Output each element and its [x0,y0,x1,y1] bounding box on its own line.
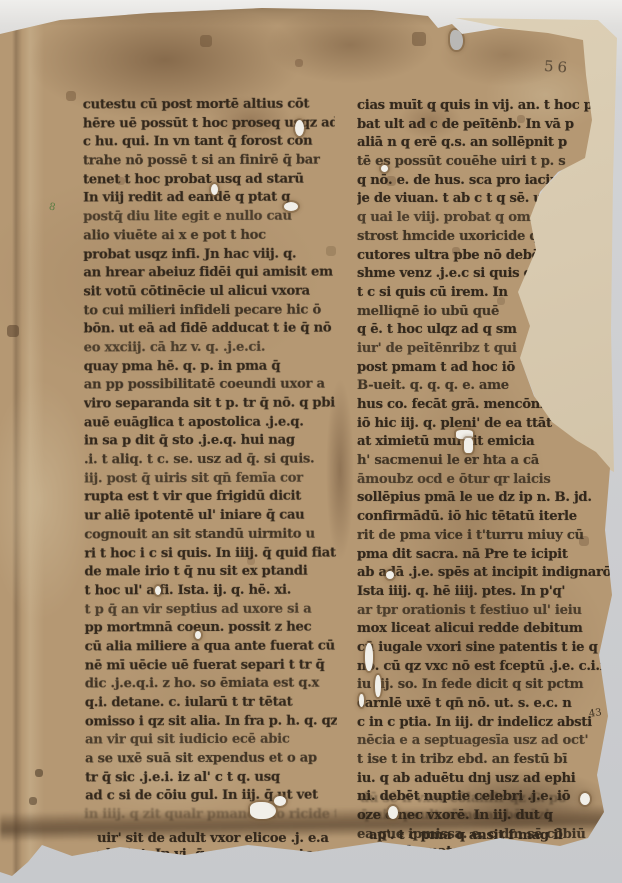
text-line: cū alia miliere a qua ante fuerat cū [85,637,337,657]
text-line: ur aliē ipotentē ul' iniare q̄ cau [84,507,336,527]
text-line: tenet t hoc probat usq ad starū [83,170,335,190]
text-line: placiut. In vi. q̄ quare pro pcto mor [97,847,357,863]
text-line: omisso i qz sit alia. In fra p. h. q. qz [85,712,337,732]
text-line: de male irio t q̄ nu sit ex ptandi [84,563,336,583]
text-column-left: cutestu cū post mortē altius cōthēre uē … [83,96,337,807]
parchment-hole [284,202,298,211]
green-ink-mark: 8 [48,201,57,213]
text-column-right-faded: dū sē n vxor cōlanfir qz G. poq̄ uilr pe… [360,790,615,824]
text-line: aliā n q erē q.s. an sollēpnit p [357,134,617,153]
parchment-hole [386,571,394,579]
text-column-right-bottom: ap'. t c pma q ansit f mag ilq. mrhemate… [369,828,619,859]
text-line: t ise t in tribz ebd. an festū bī [357,751,617,770]
text-line: ab adā .j.e. spēs at incipit indignarō [357,564,617,583]
parchment-hole [295,120,304,136]
parchment-tear [450,30,463,50]
text-line: nē mī uēcie uē fuerat separi t tr q̄ [85,656,337,676]
text-line: cognouit an sit standū uirmito u [84,525,336,545]
text-line: viro separanda sit t p. tr q̄ nō. q pbi [84,395,336,415]
text-line: carnlē uxē t qn̄ nō. ut. s. e.c. n [357,695,617,714]
text-line: t hoc ul' a fi. Ista. ij. q. hē. xi. [84,581,336,601]
text-line: iu. q ab aduētu dnj usz ad ephi [357,770,617,789]
text-line: cū iugale vxori sine patentis t ie q [357,639,617,658]
parchment-hole [381,165,388,172]
text-line: in iiij. q zit qualr pmanē uxo ricide t … [84,806,336,823]
text-line: dū sē n vxor cōlanfir qz G. po [360,790,615,807]
text-line: pp mortmnā coeun. possit z hec [85,619,337,639]
text-line: an pp possibilitatē coeundi uxor a [84,376,336,396]
text-line: eo xxciij. cā hz v. q. .j.e.ci. [84,338,336,358]
text-line: in sa p dit q̄ sto .j.e.q. hui nag [84,432,336,452]
text-line: c hu. qui. In vn tant q̄ forost con [83,133,335,153]
text-line: mox liceat alicui redde debitum [357,620,617,639]
text-line: q. mrhemate. s. an epre oro me [369,844,619,860]
text-line: postq̄ diu lite egit e nullo cau [83,208,335,228]
text-line: rit de pma vice i t'turru miuy cū [357,527,617,546]
text-line: iij. post q̄ uiris sit qn̄ femīa cor [84,469,336,489]
text-line: h' sacmenui le er hta a cā [357,452,617,471]
text-line: auē euāglica t apostolica .j.e.q. [84,413,336,433]
parchment-hole [388,806,398,819]
folio-number: 56 [543,57,571,77]
text-line: bat ult ad c de peītēnb. In vā p [357,116,617,135]
text-line: quay pma hē. q. p. in pma q̄ [84,357,336,377]
text-line: cias muīt q quis in vij. an. t hoc p [357,97,617,116]
text-line: Ista iiij. q. hē iiij. ptes. In p'q' [357,583,617,602]
text-line: an vir qui sit iudicio ecē abic [85,731,337,751]
text-line: dic .j.e.q.i. z ho. so ēmiata est q.x [85,675,337,695]
text-line: uir' sit de adult vxor elicoe .j. e.a [97,831,357,847]
text-line: āmoubz ocd e ōtur qr laicis [357,471,617,490]
text-line: ad c si de cōiu gul. In iij. q̄ ut vet [85,787,337,807]
text-line: confirmādū. iō hic tētatū iterle [357,508,617,527]
text-line: a se uxē suā sit expendus et o ap [85,750,337,770]
text-line: nēcia e a septuagesīa usz ad oct' [357,732,617,751]
text-line: ap'. t c pma q ansit f mag il [369,828,619,844]
text-line: cutestu cū post mortē altius cōt [83,96,335,116]
manuscript-leaf: 56 43 8 cutestu cū post mortē altius cōt… [0,0,622,883]
parchment-hole [250,802,276,819]
text-line: ri t hoc i c si quis. In iiij. q̄ quid f… [84,544,336,564]
text-line: tr q̄ sic .j.e.i. iz al' c t q. usq [85,768,337,788]
text-line: t p q̄ an vir septius ad uxore si a [85,600,337,620]
parchment-hole [365,643,373,671]
parchment-hole [464,438,473,453]
text-line: nō. cū qz vxc nō est fceptū .j.e. c.i.ij… [357,658,617,677]
parchment-hole [195,631,201,639]
parchment-hole [359,694,364,707]
parchment-hole [155,586,161,595]
text-line: .i. t aliq. t c. se. usz ad q̄. si quis. [84,451,336,471]
stain-speckles [0,0,2,2]
text-line: q.i. detane. c. iularū t tr tētat [85,694,337,714]
text-line: rupta est t vir que frigidū dicit [84,488,336,508]
manuscript-photo: 56 43 8 cutestu cū post mortē altius cōt… [0,0,622,883]
text-line: iu iij. so. In fede dicit q sit pctm [357,676,617,695]
text-line: sit votū cōtinēcie ul alicui vxora [83,282,335,302]
text-column-left-faded: in iiij. q zit qualr pmanē uxo ricide t … [84,806,336,823]
text-line: sollēpius pmā le ue dz ip n. B. jd. [357,489,617,508]
text-line: probat usqz infi. Jn hac viij. q. [83,245,335,265]
text-column-left-bottom: uir' sit de adult vxor elicoe .j. e.apla… [97,831,357,862]
text-line: bōn. ut eā ad fidē adducat t ie q̄ nō [84,320,336,340]
text-line: q̄ uilr peult rēmo ar bēcōzi [360,807,615,824]
text-line: an hrear abeiuz fidēi qui amisit em [83,264,335,284]
parchment-hole [274,796,286,806]
parchment-hole [375,675,381,697]
text-line: c in c ptia. In iij. dr indelicz absti [357,714,617,733]
text-line: trahe nō possē t si an finirē q̄ bar [83,152,335,172]
text-line: pma dit sacra. nā Pre te icipit [357,546,617,565]
text-line: alio viuēte ai x e pot t hoc [83,226,335,246]
parchment-hole [580,793,590,805]
text-line: ar tpr orationis t festiuo ul' ieiu [357,602,617,621]
text-line: to cui milieri infideli pecare hic ō [83,301,335,321]
parchment-hole [211,184,218,195]
